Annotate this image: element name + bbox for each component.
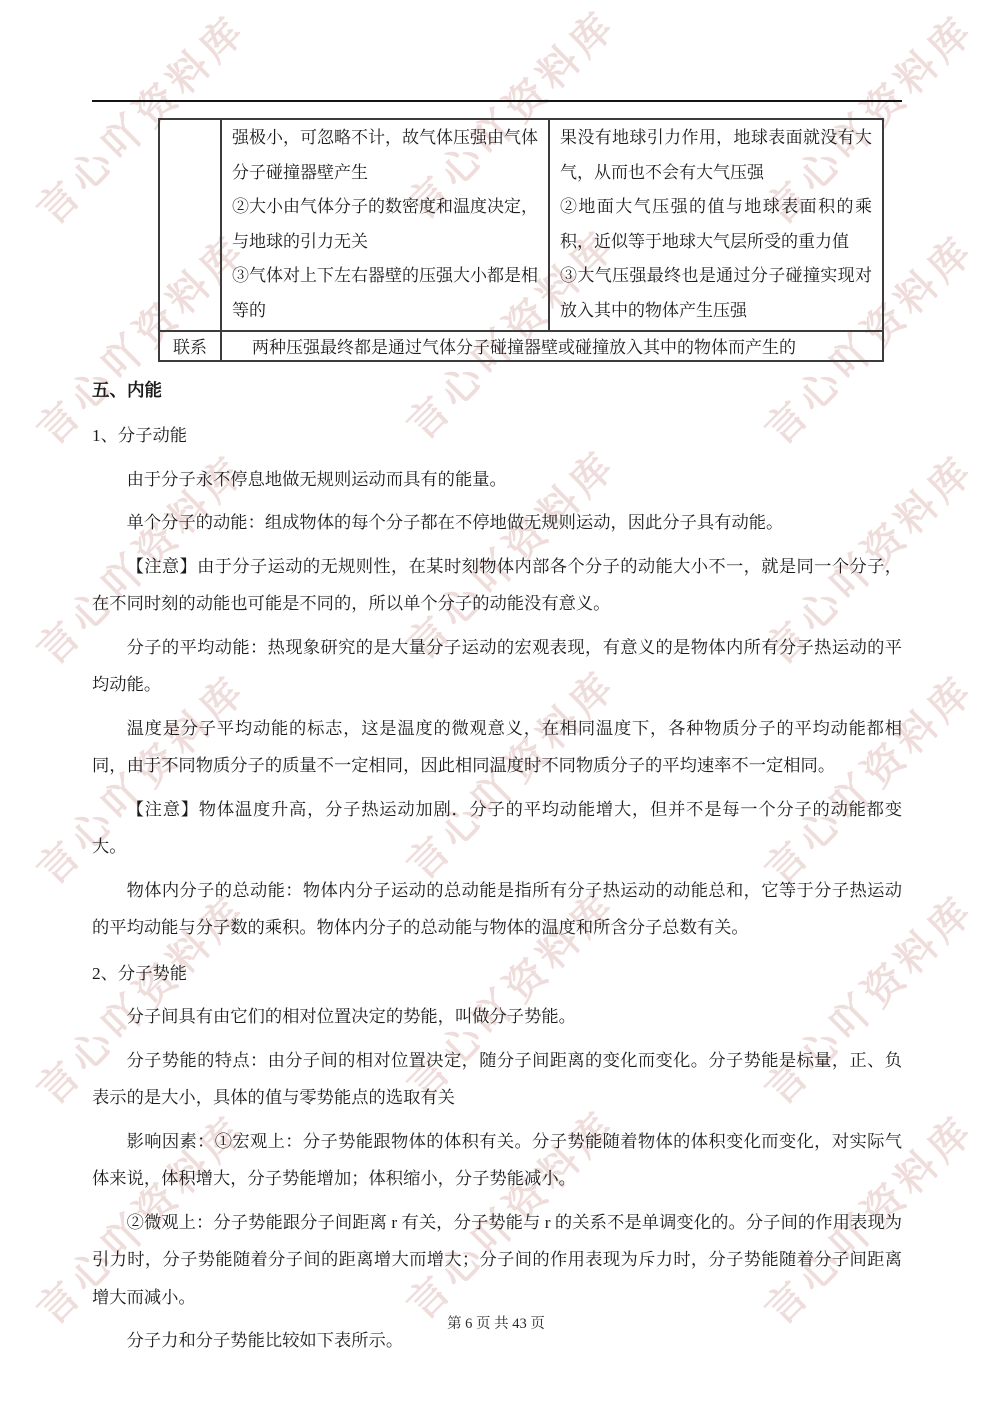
pressure-comparison-table: 强极小，可忽略不计，故气体压强由气体分子碰撞器壁产生 ②大小由气体分子的数密度和… — [158, 118, 884, 362]
header-rule — [92, 100, 902, 102]
document-page: 言心吖资料库 言心吖资料库 言心吖资料库 言心吖资料库 言心吖资料库 言心吖资料… — [0, 0, 992, 1403]
body-paragraph: 单个分子的动能：组成物体的每个分子都在不停地做无规则运动，因此分子具有动能。 — [92, 504, 902, 542]
cell-paragraph: 果没有地球引力作用，地球表面就没有大气，从而也不会有大气压强 — [560, 121, 872, 190]
cell-paragraph: ②地面大气压强的值与地球表面积的乘积，近似等于地球大气层所受的重力值 — [560, 190, 872, 259]
body-paragraph: 分子的平均动能：热现象研究的是大量分子运动的宏观表现，有意义的是物体内所有分子热… — [92, 629, 902, 704]
body-paragraph: 影响因素：①宏观上：分子势能跟物体的体积有关。分子势能随着物体的体积变化而变化，… — [92, 1123, 902, 1198]
atmospheric-pressure-cell: 果没有地球引力作用，地球表面就没有大气，从而也不会有大气压强 ②地面大气压强的值… — [549, 119, 883, 331]
subsection-title: 2、分子势能 — [92, 955, 902, 993]
body-paragraph: 由于分子永不停息地做无规则运动而具有的能量。 — [92, 461, 902, 499]
cell-paragraph: 强极小，可忽略不计，故气体压强由气体分子碰撞器壁产生 — [232, 121, 538, 190]
table-row-label: 联系 — [159, 331, 221, 361]
cell-paragraph: ③气体对上下左右器壁的压强大小都是相等的 — [232, 259, 538, 328]
page-content: 强极小，可忽略不计，故气体压强由气体分子碰撞器壁产生 ②大小由气体分子的数密度和… — [92, 0, 902, 1366]
section-heading: 五、内能 — [92, 372, 902, 410]
body-paragraph: 分子势能的特点：由分子间的相对位置决定，随分子间距离的变化而变化。分子势能是标量… — [92, 1042, 902, 1117]
body-paragraph: 分子间具有由它们的相对位置决定的势能，叫做分子势能。 — [92, 998, 902, 1036]
body-paragraph: ②微观上：分子势能跟分子间距离 r 有关，分子势能与 r 的关系不是单调变化的。… — [92, 1204, 902, 1317]
table-row: 联系 两种压强最终都是通过气体分子碰撞器壁或碰撞放入其中的物体而产生的 — [159, 331, 883, 361]
cell-paragraph: ③大气压强最终也是通过分子碰撞实现对放入其中的物体产生压强 — [560, 259, 872, 328]
body-paragraph: 物体内分子的总动能：物体内分子运动的总动能是指所有分子热运动的动能总和，它等于分… — [92, 872, 902, 947]
gas-pressure-cell: 强极小，可忽略不计，故气体压强由气体分子碰撞器壁产生 ②大小由气体分子的数密度和… — [221, 119, 549, 331]
table-row: 强极小，可忽略不计，故气体压强由气体分子碰撞器壁产生 ②大小由气体分子的数密度和… — [159, 119, 883, 331]
subsection-title: 1、分子动能 — [92, 417, 902, 455]
link-cell: 两种压强最终都是通过气体分子碰撞器壁或碰撞放入其中的物体而产生的 — [221, 331, 883, 361]
page-number: 第 6 页 共 43 页 — [0, 1312, 992, 1333]
table-row-label — [159, 119, 221, 331]
body-paragraph: 温度是分子平均动能的标志，这是温度的微观意义，在相同温度下，各种物质分子的平均动… — [92, 710, 902, 785]
cell-paragraph: ②大小由气体分子的数密度和温度决定，与地球的引力无关 — [232, 190, 538, 259]
note-paragraph: 【注意】由于分子运动的无规则性，在某时刻物体内部各个分子的动能大小不一，就是同一… — [92, 548, 902, 623]
note-paragraph: 【注意】物体温度升高，分子热运动加剧．分子的平均动能增大，但并不是每一个分子的动… — [92, 791, 902, 866]
